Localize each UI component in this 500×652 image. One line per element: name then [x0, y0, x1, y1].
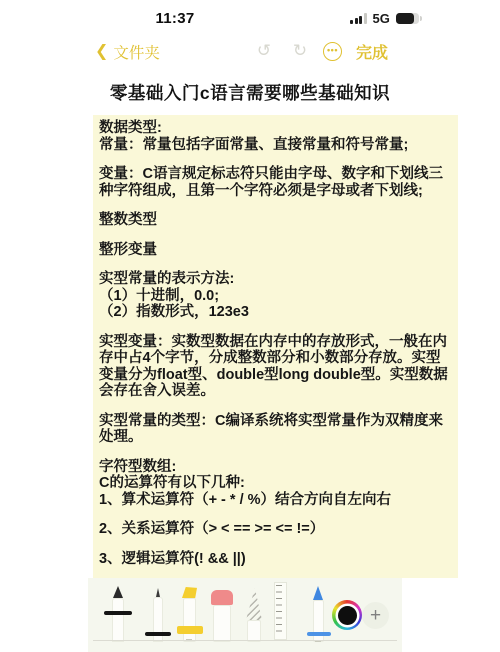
pen-tool-icon[interactable] [102, 586, 134, 642]
back-button[interactable]: ❮ 文件夹 [95, 41, 160, 63]
status-bar: 11:37 5G [0, 0, 500, 36]
note-paragraph: 数据类型: 常量：常量包括字面常量、直接常量和符号常量; [99, 120, 452, 153]
battery-icon [396, 13, 419, 25]
add-tool-button[interactable]: + [362, 602, 389, 629]
network-type: 5G [373, 11, 390, 26]
selected-color-swatch [338, 606, 357, 625]
fountain-pen-tool-icon[interactable] [303, 586, 335, 642]
note-paragraph: 2、关系运算符（> < == >= <= !=） [99, 521, 452, 538]
plus-icon: + [370, 606, 381, 625]
ellipsis-icon: ••• [327, 46, 338, 55]
redo-icon[interactable]: ↻ [289, 40, 311, 62]
note-paragraph: 字符型数组: C的运算符有以下几种: 1、算术运算符（+ - * / %）结合方… [99, 459, 452, 509]
markup-toolbar: + [88, 578, 402, 652]
note-paragraph: 整形变量 [99, 242, 452, 259]
fineliner-tool-icon[interactable] [142, 586, 174, 642]
note-paragraph: 整数类型 [99, 212, 452, 229]
status-icons: 5G [350, 11, 419, 26]
note-paragraph: 3、逻辑运算符(! && ||) [99, 551, 452, 568]
ruler-tool-icon[interactable] [265, 582, 297, 638]
note-paragraph: 实型变量：实数型数据在内存中的存放形式，一般在内存中占4个字节，分成整数部分和小… [99, 334, 452, 400]
toolbar-separator [93, 640, 397, 641]
more-options-button[interactable]: ••• [323, 42, 342, 61]
note-paragraph: 实型常量的表示方法: （1）十进制，0.0; （2）指数形式，123e3 [99, 271, 452, 321]
chevron-left-icon: ❮ [95, 43, 108, 61]
done-button[interactable]: 完成 [356, 40, 388, 63]
note-paragraph: 实型常量的类型：C编译系统将实型常量作为双精度来处理。 [99, 413, 452, 446]
eraser-tool-icon[interactable] [206, 590, 238, 646]
highlighter-tool-icon[interactable] [174, 586, 206, 642]
color-picker-icon[interactable] [332, 600, 362, 630]
back-label: 文件夹 [113, 41, 160, 63]
undo-icon[interactable]: ↺ [253, 40, 275, 62]
cellular-signal-icon [350, 13, 367, 24]
clock: 11:37 [130, 10, 220, 27]
nav-bar: ❮ 文件夹 ↺ ↻ ••• 完成 [0, 38, 500, 66]
note-title: 零基础入门c语言需要哪些基础知识 [0, 80, 500, 105]
note-paragraph: 变量：C语言规定标志符只能由字母、数字和下划线三种字符组成，且第一个字符必须是字… [99, 166, 452, 199]
note-body[interactable]: 数据类型: 常量：常量包括字面常量、直接常量和符号常量;变量：C语言规定标志符只… [93, 115, 458, 578]
